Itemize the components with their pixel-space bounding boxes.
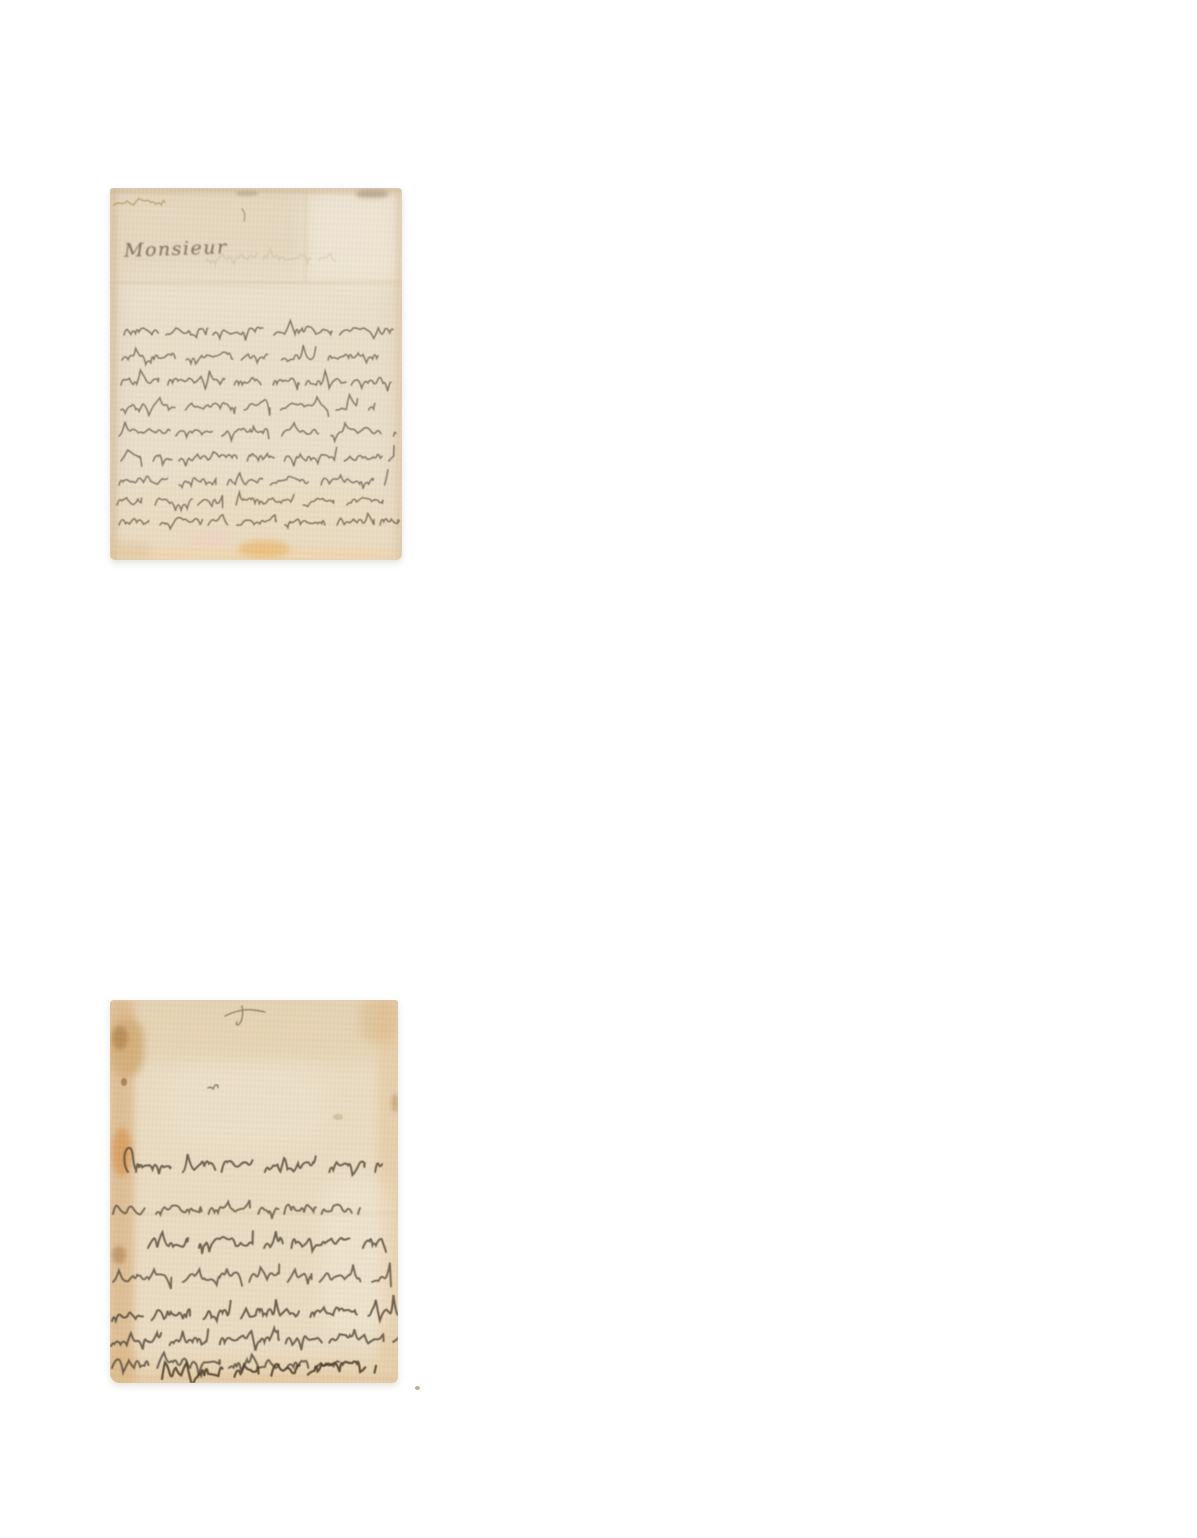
folio-number-stroke — [242, 209, 245, 221]
handwriting-line — [124, 1148, 382, 1175]
handwriting-line — [121, 395, 375, 417]
handwriting-line — [117, 492, 383, 511]
faint-smudge — [333, 1114, 343, 1120]
handwriting-line — [122, 345, 378, 364]
handwriting-line — [113, 1200, 360, 1219]
handwriting-line — [121, 446, 394, 467]
manuscript-scan-page-2 — [110, 1000, 398, 1383]
left-edge-ink-dot — [121, 1078, 127, 1086]
handwriting-line — [121, 370, 391, 391]
pencil-annotation — [114, 199, 165, 206]
scanned-letter-document: Monsieur — [0, 0, 1197, 1538]
handwriting-line — [111, 1328, 398, 1350]
handwriting-line — [112, 1295, 398, 1321]
handwriting-line — [113, 1263, 391, 1289]
small-ink-mark — [208, 1085, 218, 1089]
handwriting-layer — [110, 1000, 398, 1383]
signature-flourish — [162, 1361, 376, 1383]
manuscript-scan-page-1: Monsieur — [110, 188, 402, 560]
greeting-text: Monsieur — [124, 236, 228, 262]
handwriting-line — [148, 1231, 386, 1254]
handwriting-line — [119, 422, 396, 441]
handwriting-line — [112, 1353, 339, 1376]
paraphe-mark — [225, 1006, 265, 1025]
dust-speck — [415, 1386, 420, 1390]
handwriting-line — [124, 321, 393, 341]
handwriting-line — [119, 514, 399, 529]
handwriting-line — [119, 470, 388, 489]
